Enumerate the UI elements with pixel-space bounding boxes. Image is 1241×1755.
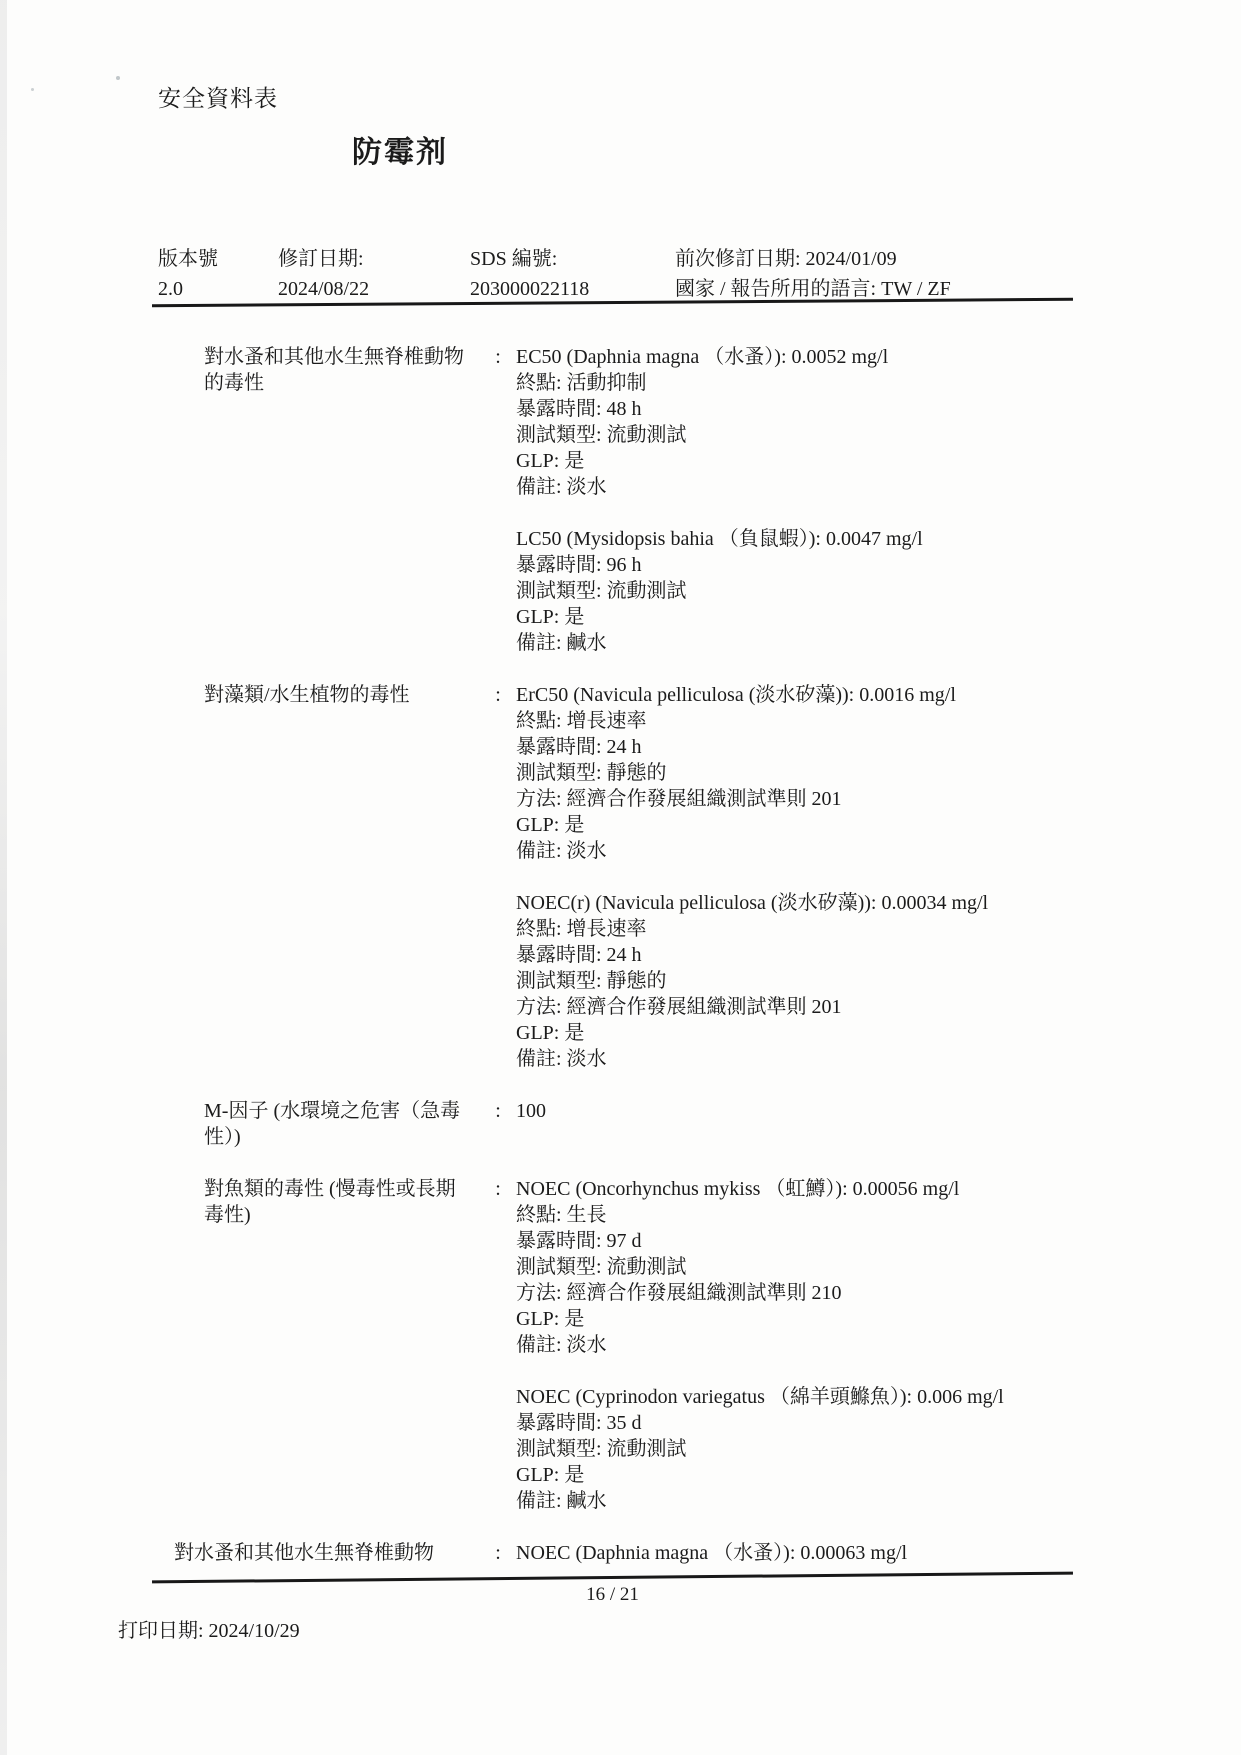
- sds-number-label: SDS 編號:: [470, 244, 675, 274]
- test-result-line: 備註: 鹹水: [516, 630, 1241, 656]
- section-label-line: 對水蚤和其他水生無脊椎動物: [174, 1540, 480, 1566]
- test-result-line: GLP: 是: [516, 1462, 1241, 1488]
- test-result-block: LC50 (Mysidopsis bahia （負鼠蝦）): 0.0047 mg…: [516, 526, 1241, 656]
- section-label-line: 對水蚤和其他水生無脊椎動物: [204, 344, 480, 370]
- test-result-line: 暴露時間: 24 h: [516, 734, 1241, 760]
- section-label-line: 毒性): [204, 1202, 480, 1228]
- label-value-separator: :: [480, 1540, 516, 1566]
- test-result-line: 測試類型: 流動測試: [516, 1254, 1241, 1280]
- test-result-block: 100: [516, 1098, 1241, 1124]
- section-row-toxicity-daphnia-invertebrates-acute: 對水蚤和其他水生無脊椎動物的毒性:EC50 (Daphnia magna （水蚤…: [0, 344, 1241, 656]
- product-title: 防霉剂: [352, 127, 448, 171]
- print-date: 打印日期: 2024/10/29: [118, 1614, 300, 1643]
- test-result-line: ErC50 (Navicula pelliculosa (淡水矽藻)): 0.0…: [516, 682, 1241, 708]
- revision-date-label: 修訂日期:: [278, 244, 470, 274]
- test-result-block: NOEC (Cyprinodon variegatus （綿羊頭鰷魚）): 0.…: [516, 1384, 1241, 1514]
- section-label: 對水蚤和其他水生無脊椎動物: [174, 1540, 480, 1566]
- test-result-line: 暴露時間: 96 h: [516, 552, 1241, 578]
- section-value: EC50 (Daphnia magna （水蚤）): 0.0052 mg/l終點…: [516, 344, 1241, 656]
- section-label: 對魚類的毒性 (慢毒性或長期毒性): [204, 1176, 480, 1228]
- test-result-line: GLP: 是: [516, 604, 1241, 630]
- test-result-line: 測試類型: 靜態的: [516, 760, 1241, 786]
- page-number: 16 / 21: [152, 1584, 1073, 1606]
- test-result-line: 暴露時間: 97 d: [516, 1228, 1241, 1254]
- test-result-line: 方法: 經濟合作發展組織測試準則 201: [516, 786, 1241, 812]
- section-label-line: 的毒性: [204, 370, 480, 396]
- test-result-line: 備註: 淡水: [516, 474, 1241, 500]
- test-result-line: NOEC (Cyprinodon variegatus （綿羊頭鰷魚）): 0.…: [516, 1384, 1241, 1410]
- section-label-line: 對藻類/水生植物的毒性: [204, 682, 480, 708]
- test-result-line: GLP: 是: [516, 1306, 1241, 1332]
- test-result-line: 備註: 淡水: [516, 1046, 1241, 1072]
- test-result-line: GLP: 是: [516, 812, 1241, 838]
- revision-date-value: 2024/08/22: [278, 274, 470, 304]
- section-label: 對藻類/水生植物的毒性: [204, 682, 480, 708]
- test-result-line: 終點: 生長: [516, 1202, 1241, 1228]
- test-result-line: 暴露時間: 24 h: [516, 942, 1241, 968]
- scan-speck: [31, 88, 34, 91]
- previous-revision-date: 前次修訂日期: 2024/01/09: [675, 244, 1098, 274]
- test-result-line: 測試類型: 流動測試: [516, 422, 1241, 448]
- test-result-block: ErC50 (Navicula pelliculosa (淡水矽藻)): 0.0…: [516, 682, 1241, 864]
- test-result-block: NOEC(r) (Navicula pelliculosa (淡水矽藻)): 0…: [516, 890, 1241, 1072]
- section-label: M-因子 (水環境之危害（急毒性）): [204, 1098, 480, 1150]
- section-label: 對水蚤和其他水生無脊椎動物的毒性: [204, 344, 480, 396]
- meta-version-column: 版本號 2.0: [158, 244, 278, 304]
- test-result-block: EC50 (Daphnia magna （水蚤）): 0.0052 mg/l終點…: [516, 344, 1241, 500]
- section-row-toxicity-fish-chronic: 對魚類的毒性 (慢毒性或長期毒性):NOEC (Oncorhynchus myk…: [0, 1176, 1241, 1514]
- test-result-line: LC50 (Mysidopsis bahia （負鼠蝦）): 0.0047 mg…: [516, 526, 1241, 552]
- test-result-line: GLP: 是: [516, 448, 1241, 474]
- scan-speck: [116, 76, 120, 80]
- test-result-line: EC50 (Daphnia magna （水蚤）): 0.0052 mg/l: [516, 344, 1241, 370]
- test-result-line: NOEC(r) (Navicula pelliculosa (淡水矽藻)): 0…: [516, 890, 1241, 916]
- document-type-label: 安全資料表: [158, 80, 278, 113]
- section-row-toxicity-algae-aquatic-plants: 對藻類/水生植物的毒性:ErC50 (Navicula pelliculosa …: [0, 682, 1241, 1072]
- test-result-line: 備註: 淡水: [516, 838, 1241, 864]
- label-value-separator: :: [480, 682, 516, 708]
- test-result-line: GLP: 是: [516, 1020, 1241, 1046]
- test-result-line: 方法: 經濟合作發展組織測試準則 210: [516, 1280, 1241, 1306]
- section-row-m-factor-acute-aquatic-hazard: M-因子 (水環境之危害（急毒性）):100: [0, 1098, 1241, 1150]
- test-result-line: 測試類型: 靜態的: [516, 968, 1241, 994]
- section-label-line: 對魚類的毒性 (慢毒性或長期: [204, 1176, 480, 1202]
- test-result-line: 終點: 增長速率: [516, 916, 1241, 942]
- section-label-line: 性）): [204, 1124, 480, 1150]
- toxicity-sections: 對水蚤和其他水生無脊椎動物的毒性:EC50 (Daphnia magna （水蚤…: [0, 344, 1241, 1592]
- label-value-separator: :: [480, 344, 516, 370]
- test-result-line: NOEC (Daphnia magna （水蚤）): 0.00063 mg/l: [516, 1540, 1241, 1566]
- test-result-line: 方法: 經濟合作發展組織測試準則 201: [516, 994, 1241, 1020]
- test-result-line: 終點: 活動抑制: [516, 370, 1241, 396]
- test-result-line: 暴露時間: 35 d: [516, 1410, 1241, 1436]
- section-value: NOEC (Oncorhynchus mykiss （虹鱒）): 0.00056…: [516, 1176, 1241, 1514]
- meta-previous-revision-column: 前次修訂日期: 2024/01/09 國家 / 報告所用的語言: TW / ZF: [675, 244, 1098, 304]
- test-result-line: 測試類型: 流動測試: [516, 1436, 1241, 1462]
- label-value-separator: :: [480, 1176, 516, 1202]
- revision-meta-table: 版本號 2.0 修訂日期: 2024/08/22 SDS 編號: 2030000…: [158, 244, 1098, 304]
- section-row-toxicity-daphnia-invertebrates-chronic: 對水蚤和其他水生無脊椎動物:NOEC (Daphnia magna （水蚤）):…: [0, 1540, 1241, 1566]
- test-result-line: 暴露時間: 48 h: [516, 396, 1241, 422]
- test-result-block: NOEC (Oncorhynchus mykiss （虹鱒）): 0.00056…: [516, 1176, 1241, 1358]
- section-value: NOEC (Daphnia magna （水蚤）): 0.00063 mg/l: [516, 1540, 1241, 1566]
- test-result-line: 測試類型: 流動測試: [516, 578, 1241, 604]
- test-result-line: 備註: 淡水: [516, 1332, 1241, 1358]
- section-label-line: M-因子 (水環境之危害（急毒: [204, 1098, 480, 1124]
- version-label: 版本號: [158, 244, 278, 274]
- section-value: ErC50 (Navicula pelliculosa (淡水矽藻)): 0.0…: [516, 682, 1241, 1072]
- meta-sds-number-column: SDS 編號: 203000022118: [470, 244, 675, 304]
- sds-document-page: 安全資料表 防霉剂 版本號 2.0 修訂日期: 2024/08/22 SDS 編…: [0, 0, 1241, 1755]
- version-value: 2.0: [158, 274, 278, 304]
- test-result-line: NOEC (Oncorhynchus mykiss （虹鱒）): 0.00056…: [516, 1176, 1241, 1202]
- test-result-line: 備註: 鹹水: [516, 1488, 1241, 1514]
- test-result-line: 終點: 增長速率: [516, 708, 1241, 734]
- test-result-block: NOEC (Daphnia magna （水蚤）): 0.00063 mg/l: [516, 1540, 1241, 1566]
- sds-number-value: 203000022118: [470, 274, 675, 304]
- section-value: 100: [516, 1098, 1241, 1124]
- test-result-line: 100: [516, 1098, 1241, 1124]
- label-value-separator: :: [480, 1098, 516, 1124]
- meta-revision-date-column: 修訂日期: 2024/08/22: [278, 244, 470, 304]
